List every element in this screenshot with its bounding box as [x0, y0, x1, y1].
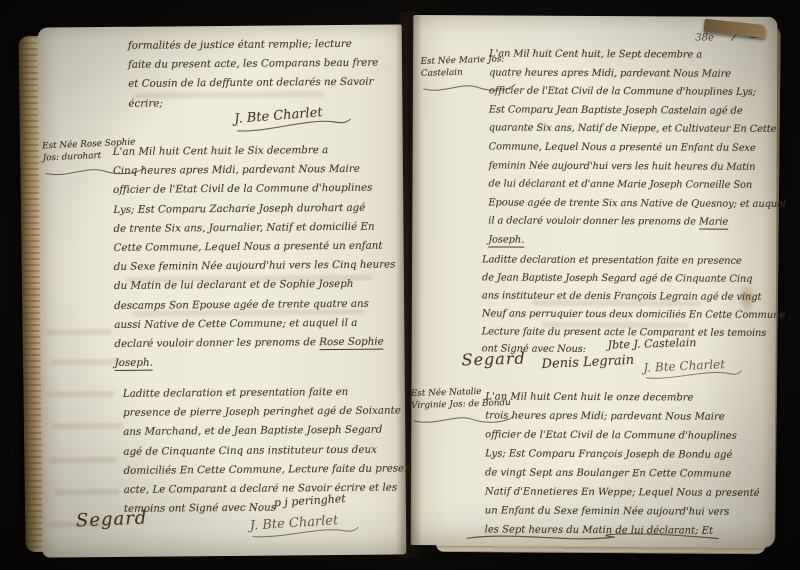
act-marie-body: L'an Mil huit Cent huit, le Sept decembr… — [488, 45, 787, 251]
right-page: 38e Est Née Marie Jos: Castelain L'an Mi… — [411, 15, 778, 547]
manuscript-line: de lui déclarant et d'anne Marie Joseph … — [488, 176, 786, 196]
manuscript-line: quarante Six ans, Natif de Nieppe, et Cu… — [489, 120, 787, 140]
bleedthrough-mark — [54, 489, 120, 496]
child-name-underlined: Joseph. — [115, 357, 153, 371]
act-rose-body: L'an Mil huit Cent huit le Six decembre … — [113, 140, 397, 373]
witness-signature-segard: Segard — [76, 507, 148, 531]
witness-signature-legrain: Denis Legrain — [541, 353, 634, 372]
prenoms-prefix: declaré vouloir donner les prenoms de — [114, 336, 319, 350]
manuscript-line: officier de l'Etat Civil de la Commune d… — [485, 425, 760, 445]
manuscript-line: Est Comparu Jean Baptiste Joseph Castela… — [489, 101, 787, 121]
mayor-signature: J. Bte Charlet — [643, 356, 744, 381]
manuscript-line: trois heures apres Midi; pardevant Nous … — [485, 406, 760, 426]
manuscript-line: il a declaré vouloir donner les prenoms … — [488, 213, 786, 233]
closing-paragraph: formalités de justice étant remplie; lec… — [128, 35, 379, 114]
manuscript-line: Laditte declaration et presentation fait… — [123, 382, 415, 404]
bleedthrough-mark — [51, 423, 123, 430]
manuscript-line: L'an Mil huit Cent huit le onze decembre — [485, 387, 760, 407]
manuscript-line: Lys; Est Comparu Zacharie Joseph durohar… — [113, 198, 395, 220]
book-gutter-shadow — [396, 12, 422, 558]
act-rose-declaration: Laditte declaration et presentation fait… — [123, 382, 416, 519]
manuscript-line: acte, Le Comparant a declaré ne Savoir é… — [124, 478, 416, 500]
manuscript-line: du Sexe feminin Née aujourd'hui vers les… — [114, 256, 396, 278]
child-name-underlined: Joseph. — [488, 234, 524, 247]
manuscript-line: Natif d'Ennetieres En Weppe; Lequel Nous… — [485, 482, 760, 502]
manuscript-line: Neuf ans perruquier tous deux domiciliés… — [482, 305, 785, 324]
signature-text: Segard — [76, 507, 148, 531]
child-name-underlined: Rose Sophie — [319, 335, 384, 350]
left-page: formalités de justice étant remplie; lec… — [38, 24, 407, 557]
signature-text: Jbte J. Castelain — [607, 336, 696, 352]
child-name-underlined: Marie — [699, 217, 728, 230]
manuscript-line: presence de pierre Joseph peringhet agé … — [123, 402, 415, 424]
signature-text: Denis Legrain — [541, 353, 634, 372]
book-photo: formalités de justice étant remplie; lec… — [0, 0, 800, 570]
manuscript-line: domiciliés En Cette Commune, Lecture fai… — [123, 459, 415, 481]
manuscript-line: Lys; Est Comparu François Joseph de Bond… — [485, 444, 760, 464]
manuscript-line: Epouse agée de trente Six ans Native de … — [488, 194, 786, 214]
page-number: 38e — [695, 33, 714, 44]
manuscript-line: quatre heures apres Midi, pardevant Nous… — [489, 64, 787, 84]
signature-text: Segard — [461, 349, 526, 370]
manuscript-line: du Matin de lui declarant et de Sophie J… — [114, 275, 396, 297]
manuscript-line: Cinq heures apres Midi, pardevant Nous M… — [113, 160, 395, 182]
manuscript-line: agé de Cinquante Cinq ans instituteur to… — [123, 440, 415, 462]
witness-signature-segard: Segard — [461, 349, 526, 370]
manuscript-line: declaré vouloir donner les prenoms de Ro… — [114, 332, 396, 354]
prenoms-prefix: il a declaré vouloir donner les prenoms … — [488, 216, 699, 228]
manuscript-line: de Jean Baptiste Joseph Segard agé de Ci… — [482, 269, 785, 288]
manuscript-line: officier de l'Etat Civil de la Commune d… — [113, 179, 395, 201]
manuscript-line: formalités de justice étant remplie; lec… — [128, 35, 378, 56]
manuscript-line: de trente Six ans, Journalier, Natif et … — [113, 217, 395, 239]
end-of-page-flourish — [463, 529, 723, 544]
manuscript-line: Commune, Lequel Nous a presenté un Enfan… — [489, 138, 787, 158]
manuscript-line: officier de l'Etat Civil de la Commune d… — [489, 83, 787, 103]
act-natalie-body: L'an Mil huit Cent huit le onze decembre… — [485, 387, 760, 540]
manuscript-line: Cette Commune, Lequel Nous a presenté un… — [114, 236, 396, 258]
manuscript-line: Joseph. — [115, 352, 397, 374]
manuscript-line: un Enfant du Sexe feminin Née aujourd'hu… — [485, 501, 760, 521]
manuscript-line: faite du present acte, les Comparans bea… — [128, 54, 378, 75]
manuscript-line: de vingt Sept ans Boulanger En Cette Com… — [485, 463, 760, 483]
manuscript-line: ans Marchand, et de Jean Baptiste Joseph… — [123, 421, 415, 443]
manuscript-line: L'an Mil huit Cent huit le Six decembre … — [113, 140, 395, 162]
manuscript-line: feminin Née aujourd'hui vers les huit he… — [489, 157, 787, 177]
bleedthrough-mark — [51, 359, 121, 366]
manuscript-line: Joseph. — [488, 231, 786, 251]
declarant-signature-castelain: Jbte J. Castelain — [607, 336, 696, 352]
manuscript-line: Laditte declaration et presentation fait… — [482, 251, 785, 270]
manuscript-line: descamps Son Epouse agée de trente quatr… — [114, 294, 396, 316]
manuscript-line: L'an Mil huit Cent huit, le Sept decembr… — [489, 45, 787, 65]
manuscript-line: ans instituteur et de denis François Leg… — [482, 287, 785, 306]
manuscript-line: temoins ont Signé avec Nous — [124, 497, 416, 519]
bleedthrough-mark — [46, 329, 112, 336]
manuscript-line: et Cousin de la deffunte ont declarés ne… — [128, 73, 378, 94]
bleedthrough-mark — [47, 391, 115, 398]
manuscript-line: aussi Native de Cette Commune; et auquel… — [114, 313, 396, 335]
bleedthrough-mark — [49, 457, 117, 464]
